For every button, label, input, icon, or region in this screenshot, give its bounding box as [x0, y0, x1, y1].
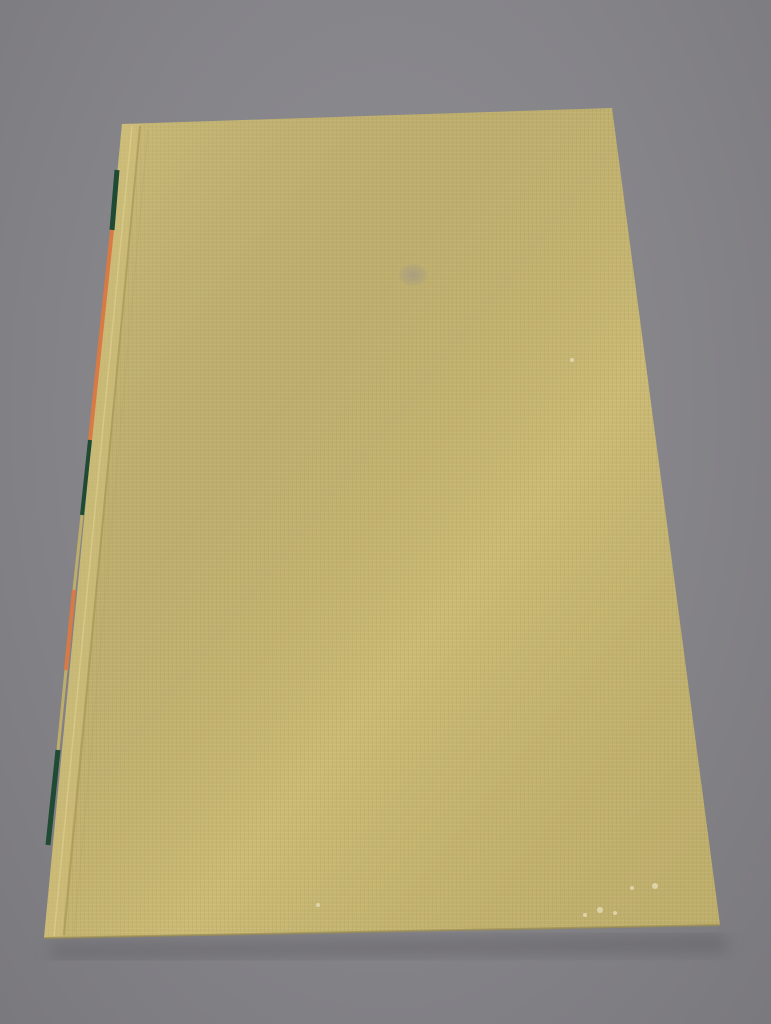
photo-scene: Closed hardcover book with plain olive-y…	[0, 0, 771, 1024]
book-shadow	[50, 935, 730, 958]
cover-stain	[395, 261, 431, 289]
book	[0, 0, 771, 1024]
